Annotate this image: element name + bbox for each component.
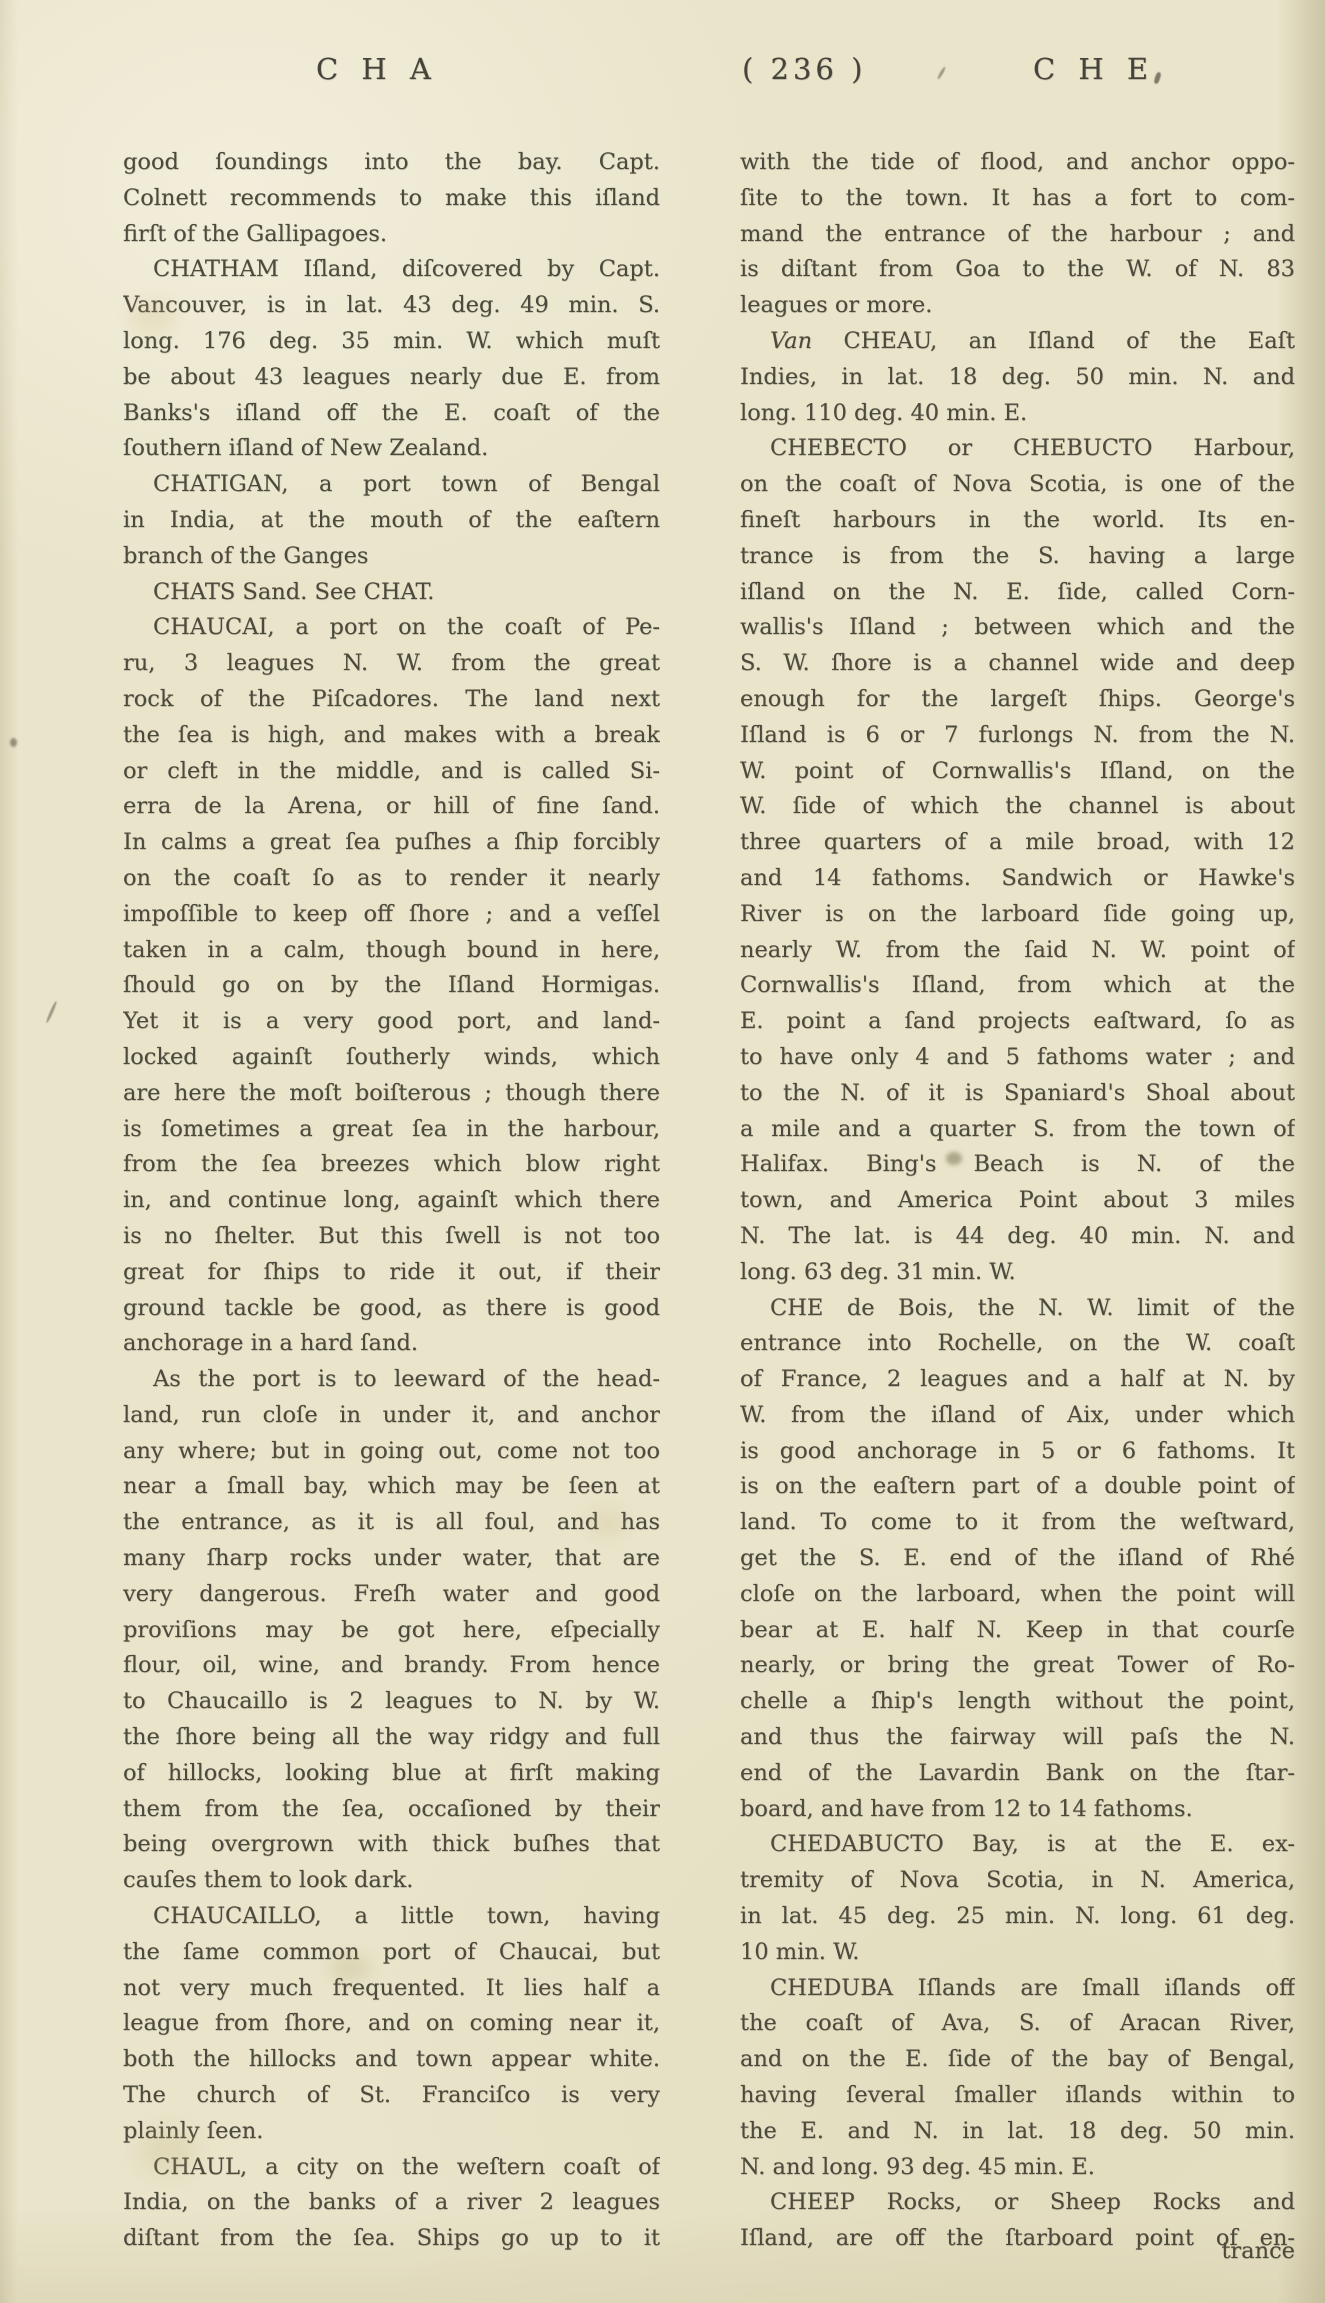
text-line: fineſt harbours in the world. Its en- [740,503,1295,539]
text-line: W. ſide of which the channel is about [740,789,1295,825]
text-line: in India, at the mouth of the eaſtern [123,503,660,539]
text-line: of France, 2 leagues and a half at N. by [740,1362,1295,1398]
text-line: league from ſhore, and on coming near it… [123,2006,660,2042]
running-header-left: C H A [316,52,438,86]
text-line: enough for the largeſt ſhips. George's [740,682,1295,718]
text-line: CHAUCAILLO, a little town, having [123,1899,660,1935]
text-line: long. 110 deg. 40 min. E. [740,396,1295,432]
text-line: the E. and N. in lat. 18 deg. 50 min. [740,2114,1295,2150]
text-line: N. The lat. is 44 deg. 40 min. N. and [740,1219,1295,1255]
text-line: in lat. 45 deg. 25 min. N. long. 61 deg. [740,1899,1295,1935]
running-header-right: C H E [1033,52,1155,86]
text-line: locked againſt ſoutherly winds, which [123,1040,660,1076]
text-column-right: with the tide of flood, and anchor oppo-… [740,145,1295,2257]
text-line: any where; but in going out, come not to… [123,1434,660,1470]
text-line: CHATS Sand. See CHAT. [123,575,660,611]
text-line: CHEDABUCTO Bay, is at the E. ex- [740,1827,1295,1863]
text-line: with the tide of flood, and anchor oppo- [740,145,1295,181]
text-line: great for ſhips to ride it out, if their [123,1255,660,1291]
text-line: is good anchorage in 5 or 6 fathoms. It [740,1434,1295,1470]
text-line: the ſame common port of Chaucai, but [123,1935,660,1971]
text-line: very dangerous. Freſh water and good [123,1577,660,1613]
text-line: on the coaſt of Nova Scotia, is one of t… [740,467,1295,503]
text-line: E. point a ſand projects eaſtward, ſo as [740,1004,1295,1040]
text-line: W. from the iſland of Aix, under which [740,1398,1295,1434]
text-line: CHATHAM Iſland, diſcovered by Capt. [123,252,660,288]
text-line: flour, oil, wine, and brandy. From hence [123,1648,660,1684]
text-line: W. point of Cornwallis's Iſland, on the [740,754,1295,790]
text-line: CHE de Bois, the N. W. limit of the [740,1291,1295,1327]
text-line: wallis's Iſland ; between which and the [740,610,1295,646]
text-line: long. 63 deg. 31 min. W. [740,1255,1295,1291]
text-line: trance is from the S. having a large [740,539,1295,575]
stray-mark [937,66,947,80]
text-line: on the coaſt ſo as to render it nearly [123,861,660,897]
text-line: 10 min. W. [740,1935,1295,1971]
text-line: a mile and a quarter S. from the town of [740,1112,1295,1148]
text-line: rock of the Piſcadores. The land next [123,682,660,718]
text-line: Indies, in lat. 18 deg. 50 min. N. and [740,360,1295,396]
text-line: land, run cloſe in under it, and anchor [123,1398,660,1434]
text-line: impoſſible to keep off ſhore ; and a veſ… [123,897,660,933]
text-line: having ſeveral ſmaller iſlands within to [740,2078,1295,2114]
text-line: In calms a great ſea puſhes a ſhip forci… [123,825,660,861]
text-line: Colnett recommends to make this iſland [123,181,660,217]
text-line: diſtant from the ſea. Ships go up to it [123,2221,660,2257]
text-line: to have only 4 and 5 fathoms water ; and [740,1040,1295,1076]
text-line: is diſtant from Goa to the W. of N. 83 [740,252,1295,288]
catchword: trance [1221,2238,1295,2264]
text-line: be about 43 leagues nearly due E. from [123,360,660,396]
text-line: is ſometimes a great ſea in the harbour, [123,1112,660,1148]
text-line: The church of St. Franciſco is very [123,2078,660,2114]
stray-mark [45,1000,58,1023]
text-line: board, and have from 12 to 14 fathoms. [740,1792,1295,1828]
text-line: CHAUL, a city on the weſtern coaſt of [123,2150,660,2186]
text-line: get the S. E. end of the iſland of Rhé [740,1541,1295,1577]
text-line: bear at E. half N. Keep in that courſe [740,1613,1295,1649]
text-line: are here the moſt boiſterous ; though th… [123,1076,660,1112]
text-line: CHEDUBA Iſlands are ſmall iſlands off [740,1971,1295,2007]
text-line: or cleft in the middle, and is called Si… [123,754,660,790]
text-line: CHAUCAI, a port on the coaſt of Pe- [123,610,660,646]
text-line: ground tackle be good, as there is good [123,1291,660,1327]
text-line: nearly W. from the ſaid N. W. point of [740,933,1295,969]
text-line: town, and America Point about 3 miles [740,1183,1295,1219]
text-line: of hillocks, looking blue at firſt makin… [123,1756,660,1792]
text-line: ſhould go on by the Iſland Hormigas. [123,968,660,1004]
text-line: chelle a ſhip's length without the point… [740,1684,1295,1720]
text-line: the coaſt of Ava, S. of Aracan River, [740,2006,1295,2042]
text-line: the ſea is high, and makes with a break [123,718,660,754]
text-line: anchorage in a hard ſand. [123,1326,660,1362]
text-column-left: good ſoundings into the bay. Capt.Colnet… [123,145,660,2257]
text-line: India, on the banks of a river 2 leagues [123,2185,660,2221]
text-line: end of the Lavardin Bank on the ſtar- [740,1756,1295,1792]
text-line: not very much frequented. It lies half a [123,1971,660,2007]
text-line: River is on the larboard ſide going up, [740,897,1295,933]
text-line: cloſe on the larboard, when the point wi… [740,1577,1295,1613]
text-line: is on the eaſtern part of a double point… [740,1469,1295,1505]
text-line: entrance into Rochelle, on the W. coaſt [740,1326,1295,1362]
text-line: Yet it is a very good port, and land- [123,1004,660,1040]
text-line: leagues or more. [740,288,1295,324]
text-line: tremity of Nova Scotia, in N. America, [740,1863,1295,1899]
edge-speck [10,738,17,747]
text-line: near a ſmall bay, which may be ſeen at [123,1469,660,1505]
text-line: proviſions may be got here, eſpecially [123,1613,660,1649]
text-line: them from the ſea, occaſioned by their [123,1792,660,1828]
text-line: cauſes them to look dark. [123,1863,660,1899]
text-line: the entrance, as it is all foul, and has [123,1505,660,1541]
text-line: CHEEP Rocks, or Sheep Rocks and [740,2185,1295,2221]
text-line: is no ſhelter. But this ſwell is not too [123,1219,660,1255]
text-line: S. W. ſhore is a channel wide and deep [740,646,1295,682]
text-line: plainly ſeen. [123,2114,660,2150]
text-line: Iſland is 6 or 7 furlongs N. from the N. [740,718,1295,754]
text-line: many ſharp rocks under water, that are [123,1541,660,1577]
text-line: and on the E. ſide of the bay of Bengal, [740,2042,1295,2078]
text-line: Iſland, are off the ſtarboard point of e… [740,2221,1295,2257]
text-line: being overgrown with thick buſhes that [123,1827,660,1863]
text-line: and 14 fathoms. Sandwich or Hawke's [740,861,1295,897]
text-line: to the N. of it is Spaniard's Shoal abou… [740,1076,1295,1112]
page-number: ( 236 ) [742,52,866,86]
text-line: Banks's iſland off the E. coaſt of the [123,396,660,432]
text-line: in, and continue long, againſt which the… [123,1183,660,1219]
text-line: Cornwallis's Iſland, from which at the [740,968,1295,1004]
text-line: the ſhore being all the way ridgy and fu… [123,1720,660,1756]
text-line: branch of the Ganges [123,539,660,575]
text-line: taken in a calm, though bound in here, [123,933,660,969]
text-line: nearly, or bring the great Tower of Ro- [740,1648,1295,1684]
text-line: to Chaucaillo is 2 leagues to N. by W. [123,1684,660,1720]
text-line: three quarters of a mile broad, with 12 [740,825,1295,861]
text-line: CHEBECTO or CHEBUCTO Harbour, [740,431,1295,467]
text-line: and thus the fairway will paſs the N. [740,1720,1295,1756]
text-line: both the hillocks and town appear white. [123,2042,660,2078]
text-line: Vancouver, is in lat. 43 deg. 49 min. S. [123,288,660,324]
text-line: firſt of the Gallipagoes. [123,217,660,253]
text-line: erra de la Arena, or hill of fine ſand. [123,789,660,825]
text-line: CHATIGAN, a port town of Bengal [123,467,660,503]
text-line: land. To come to it from the weſtward, [740,1505,1295,1541]
text-line: long. 176 deg. 35 min. W. which muſt [123,324,660,360]
book-page: C H A ( 236 ) C H E good ſoundings into … [0,0,1325,2303]
text-line: ru, 3 leagues N. W. from the great [123,646,660,682]
text-line: ſouthern iſland of New Zealand. [123,431,660,467]
text-line: As the port is to leeward of the head- [123,1362,660,1398]
text-line: ſite to the town. It has a fort to com- [740,181,1295,217]
text-line: from the ſea breezes which blow right [123,1147,660,1183]
text-line: Halifax. Bing's Beach is N. of the [740,1147,1295,1183]
text-line: Van CHEAU, an Iſland of the Eaſt [740,324,1295,360]
text-line: mand the entrance of the harbour ; and [740,217,1295,253]
text-line: good ſoundings into the bay. Capt. [123,145,660,181]
text-line: N. and long. 93 deg. 45 min. E. [740,2150,1295,2186]
text-line: iſland on the N. E. ſide, called Corn- [740,575,1295,611]
